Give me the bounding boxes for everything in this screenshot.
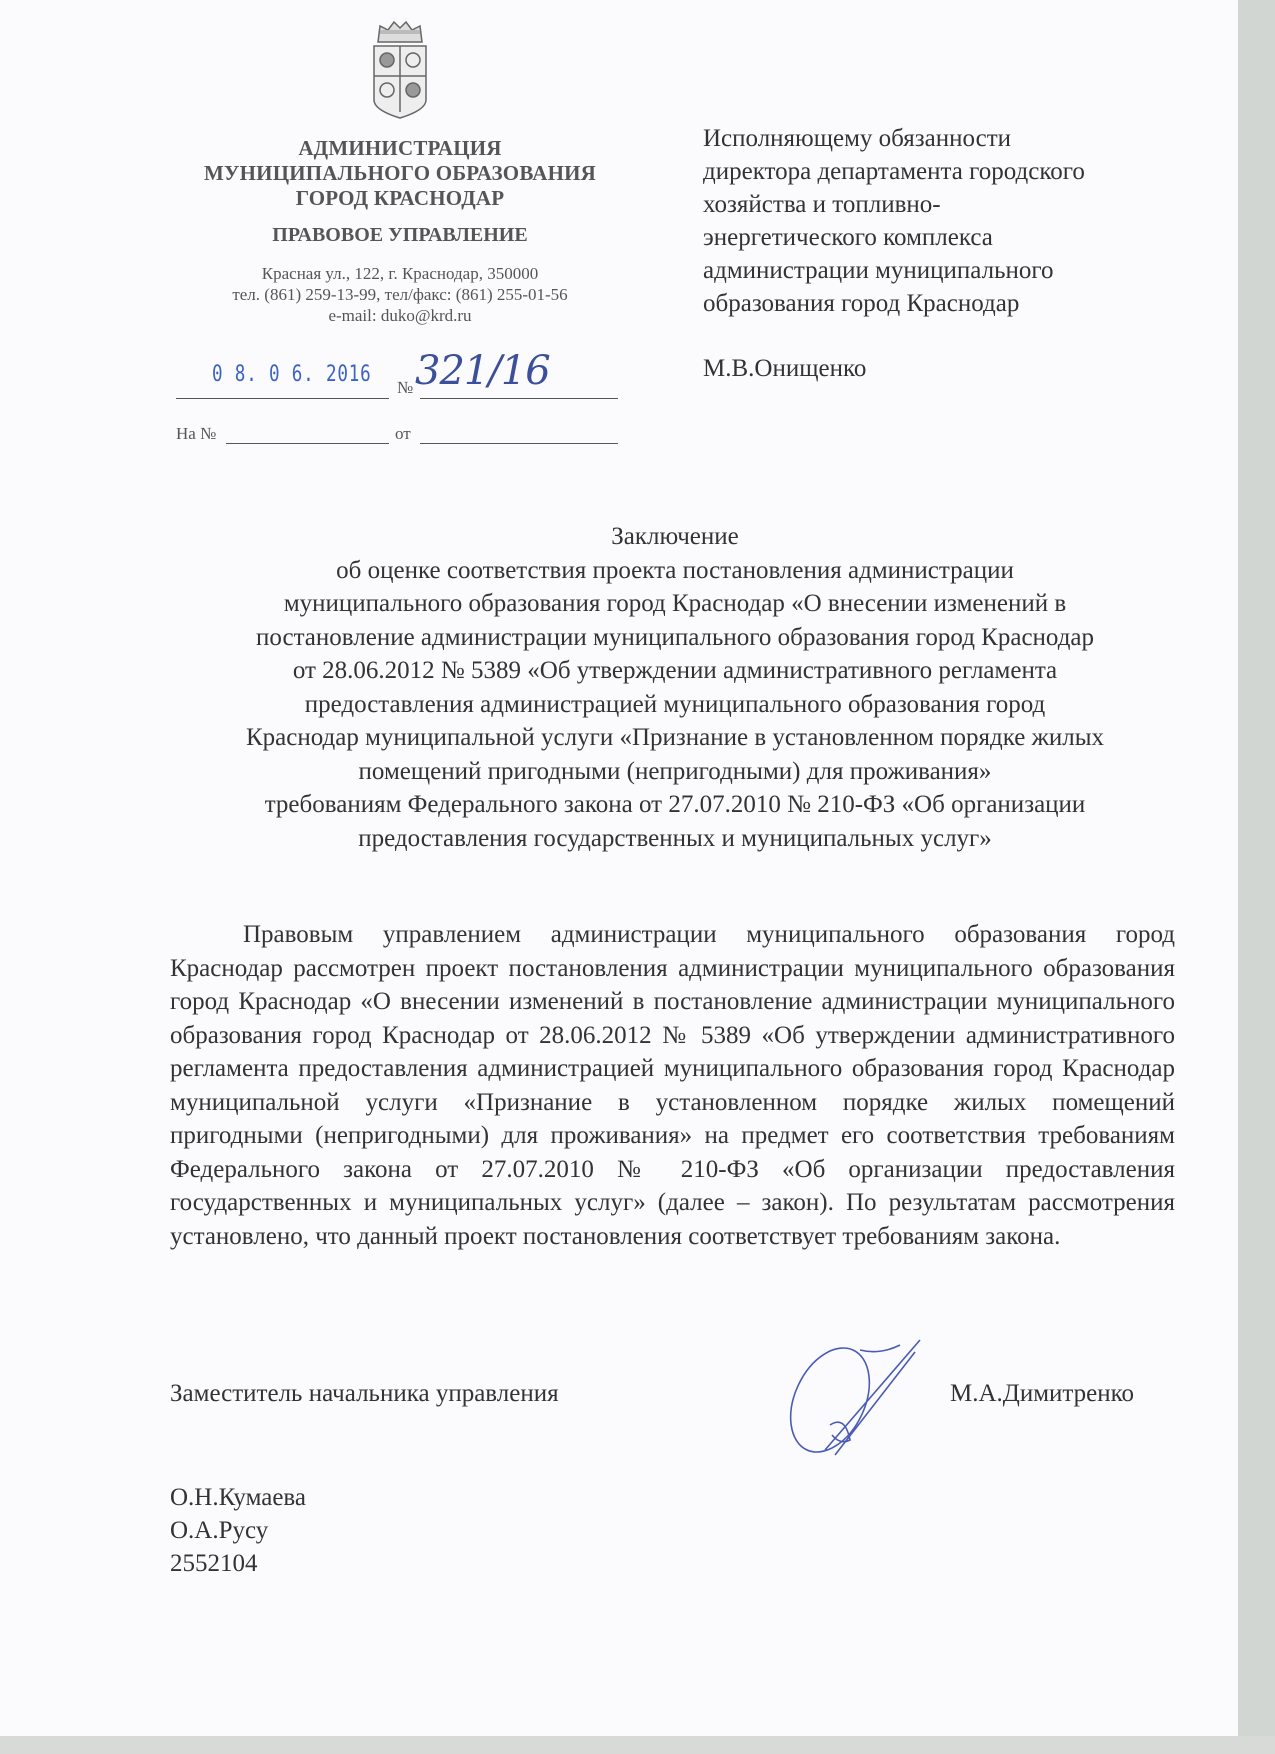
org-line: МУНИЦИПАЛЬНОГО ОБРАЗОВАНИЯ xyxy=(175,161,625,186)
signatory-position: Заместитель начальника управления xyxy=(170,1380,559,1408)
scan-edge-right xyxy=(1238,0,1275,1754)
reference-number-underline xyxy=(226,443,389,444)
body-paragraph: Правовым управлением администрации муниц… xyxy=(170,918,1175,1253)
registration-number: 321/16 xyxy=(415,348,550,394)
address: Красная ул., 122, г. Краснодар, 350000 xyxy=(175,263,625,284)
title-line: постановление администрации муниципально… xyxy=(170,621,1180,655)
executor-name: О.А.Русу xyxy=(170,1514,306,1547)
title-line: об оценке соответствия проекта постановл… xyxy=(170,554,1180,588)
signatory-name: М.А.Димитренко xyxy=(950,1380,1134,1408)
phones: тел. (861) 259-13-99, тел/факс: (861) 25… xyxy=(175,284,625,305)
title-line: Краснодар муниципальной услуги «Признани… xyxy=(170,721,1180,755)
title-line: от 28.06.2012 № 5389 «Об утверждении адм… xyxy=(170,654,1180,688)
addressee-line: хозяйства и топливно- xyxy=(703,188,1085,221)
addressee-line: образования город Краснодар xyxy=(703,287,1085,320)
reference-number-label: На № xyxy=(176,424,216,444)
number-underline xyxy=(420,398,618,399)
org-line: АДМИНИСТРАЦИЯ xyxy=(175,136,625,161)
executors-block: О.Н.Кумаева О.А.Русу 2552104 xyxy=(170,1481,306,1580)
title-line: помещений пригодными (непригодными) для … xyxy=(170,755,1180,789)
title-line: предоставления государственных и муницип… xyxy=(170,822,1180,856)
coat-of-arms-icon xyxy=(368,20,432,120)
addressee-line: администрации муниципального xyxy=(703,254,1085,287)
date-underline xyxy=(176,398,389,399)
title-line: муниципального образования город Краснод… xyxy=(170,587,1180,621)
contacts-block: Красная ул., 122, г. Краснодар, 350000 т… xyxy=(175,263,625,326)
scan-edge-bottom xyxy=(0,1736,1275,1754)
reference-date-underline xyxy=(420,443,618,444)
number-sign: № xyxy=(397,378,413,398)
org-line: ГОРОД КРАСНОДАР xyxy=(175,186,625,211)
title-line: требованиям Федерального закона от 27.07… xyxy=(170,788,1180,822)
executor-phone: 2552104 xyxy=(170,1547,306,1580)
department-name: ПРАВОВОЕ УПРАВЛЕНИЕ xyxy=(175,224,625,247)
title-heading: Заключение xyxy=(170,520,1180,554)
title-line: предоставления администрацией муниципаль… xyxy=(170,688,1180,722)
document-title: Заключение об оценке соответствия проект… xyxy=(170,520,1180,855)
reference-from-label: от xyxy=(395,424,411,444)
addressee-line: Исполняющему обязанности xyxy=(703,122,1085,155)
executor-name: О.Н.Кумаева xyxy=(170,1481,306,1514)
addressee-line: директора департамента городского xyxy=(703,155,1085,188)
addressee-block: Исполняющему обязанности директора депар… xyxy=(703,122,1085,320)
addressee-line: энергетического комплекса xyxy=(703,221,1085,254)
addressee-name: М.В.Онищенко xyxy=(703,355,866,383)
handwritten-signature-icon xyxy=(770,1330,950,1470)
email: e-mail: duko@krd.ru xyxy=(175,305,625,326)
organization-name: АДМИНИСТРАЦИЯ МУНИЦИПАЛЬНОГО ОБРАЗОВАНИЯ… xyxy=(175,136,625,211)
date-stamp: 0 8. 0 6. 2016 xyxy=(212,362,372,387)
document-page: АДМИНИСТРАЦИЯ МУНИЦИПАЛЬНОГО ОБРАЗОВАНИЯ… xyxy=(0,0,1238,1736)
